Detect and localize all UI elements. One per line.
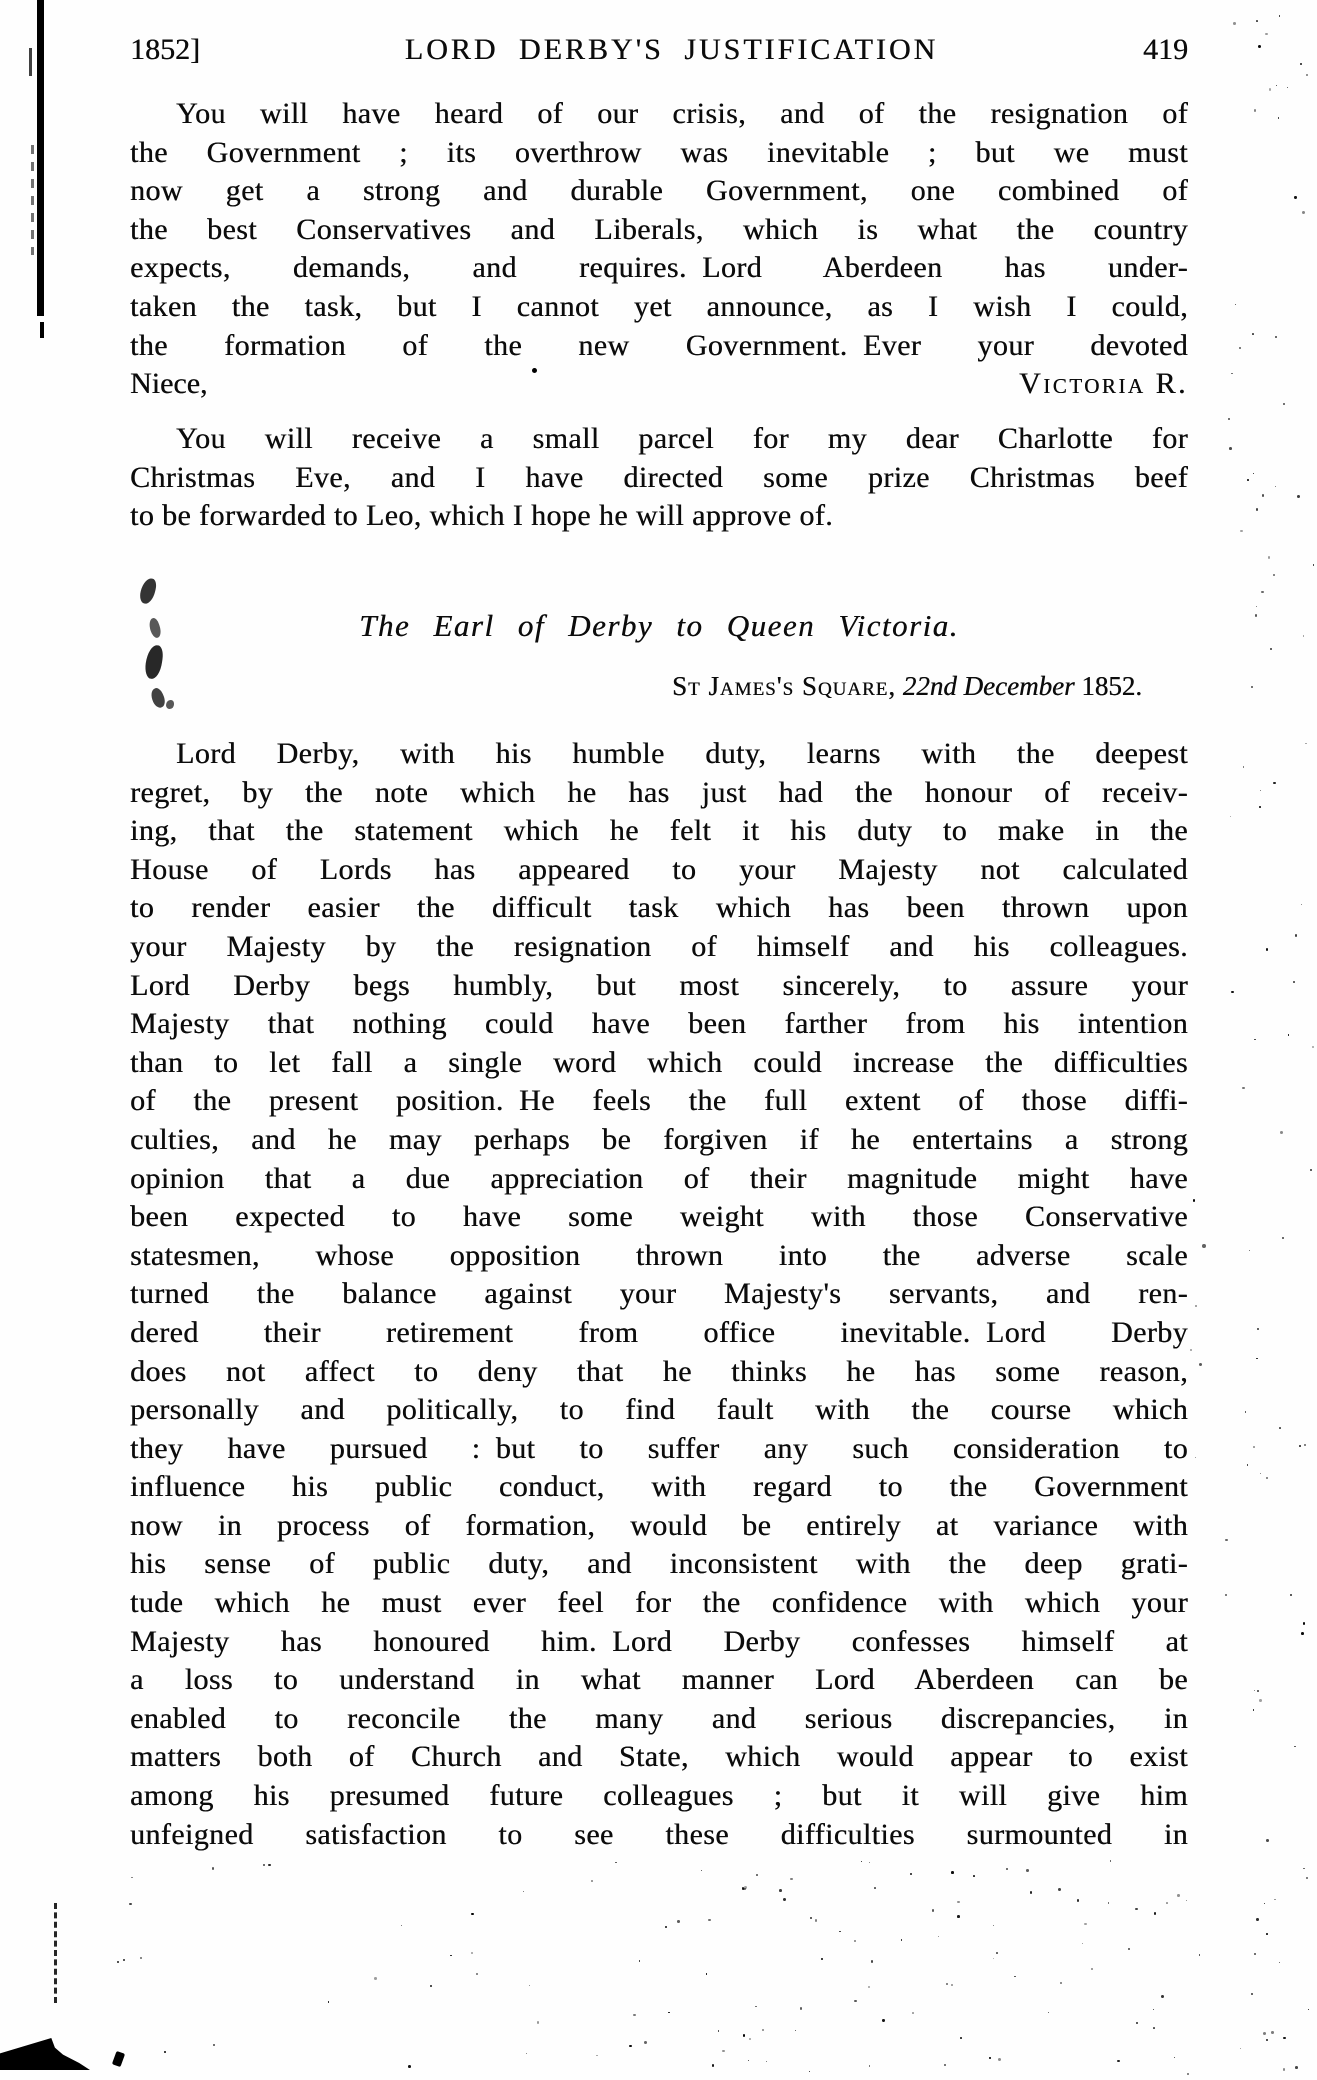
text-line: been expected to have some weight with t… [130, 1198, 1188, 1237]
text-line: the formation of the new Government. Eve… [130, 327, 1188, 366]
scan-noise-dot [1294, 1746, 1296, 1748]
scan-noise-dot [537, 2021, 539, 2023]
scan-noise-dot [123, 1959, 125, 1961]
scan-noise-dot [1263, 2032, 1266, 2035]
scan-noise-dot [374, 1977, 377, 1980]
scan-noise-dot [712, 2064, 714, 2066]
scan-noise-dot [1256, 606, 1257, 607]
scan-noise-dot [1282, 1237, 1284, 1239]
scan-noise-dot [1288, 1034, 1290, 1036]
scan-noise-dot [1048, 2012, 1049, 2013]
text-line: to be forwarded to Leo, which I hope he … [130, 497, 1188, 536]
text-line: Majesty has honoured him. Lord Derby con… [130, 1623, 1188, 1662]
scan-noise-dot [1030, 1891, 1033, 1894]
scan-noise-dot [1253, 1446, 1255, 1448]
scan-noise-dot [1060, 1982, 1062, 1984]
scan-noise-dot [1290, 1594, 1292, 1596]
text-line: ing, that the statement which he felt it… [130, 812, 1188, 851]
scan-noise-dot [1256, 20, 1258, 22]
scan-noise-dot [957, 1901, 960, 1904]
dateline-year: 1852. [1081, 671, 1142, 701]
scan-noise-dot [762, 2029, 763, 2030]
text-line: they have pursued : but to suffer any su… [130, 1430, 1188, 1469]
text-line: culties, and he may perhaps be forgiven … [130, 1121, 1188, 1160]
scan-noise-dot [868, 1986, 870, 1988]
scan-noise-dot [1077, 1899, 1080, 1902]
scan-noise-dot [1254, 109, 1257, 112]
dateline-place: St James's Square, [672, 671, 896, 701]
text-line: taken the task, but I cannot yet announc… [130, 288, 1188, 327]
scan-noise-dot [1235, 304, 1236, 305]
scan-noise-dot [1283, 2037, 1285, 2039]
scan-noise-dot [960, 2037, 962, 2039]
scan-noise-dot [998, 2058, 1001, 2061]
scan-noise-dot [1233, 22, 1236, 25]
queen-letter-paragraph-2: You will receive a small parcel for my d… [130, 420, 1188, 536]
scan-noise-dot [1177, 1894, 1180, 1897]
text-line: than to let fall a single word which cou… [130, 1044, 1188, 1083]
scan-noise-dot [1275, 336, 1277, 338]
scan-noise-dot [1259, 1699, 1262, 1702]
scan-noise-dot [938, 1936, 939, 1937]
scan-noise-dot [1253, 473, 1254, 474]
text-line: matters both of Church and State, which … [130, 1738, 1188, 1777]
scan-noise-dot [1310, 1169, 1312, 1171]
scan-noise-dot [1190, 1349, 1192, 1351]
letter-dateline: St James's Square, 22nd December 1852. [130, 671, 1188, 702]
scan-noise-dot [644, 2041, 647, 2044]
scan-noise-dot [129, 1903, 131, 1905]
scan-noise-dot [1270, 648, 1272, 650]
text-line: his sense of public duty, and inconsiste… [130, 1545, 1188, 1584]
scan-artifact-ink-smudge [138, 577, 158, 606]
scan-noise-dot [1283, 2068, 1286, 2071]
scan-noise-dot [1293, 981, 1295, 983]
scan-noise-dot [944, 2064, 946, 2066]
scan-noise-dot [615, 1862, 616, 1863]
scan-noise-dot [1240, 530, 1242, 532]
text-line: your Majesty by the resignation of himse… [130, 928, 1188, 967]
scan-noise-dot [766, 2061, 767, 2062]
scan-noise-dot [910, 1873, 912, 1875]
text-line: does not affect to deny that he thinks h… [130, 1353, 1188, 1392]
scan-noise-dot [1091, 1968, 1093, 1970]
scan-noise-dot [1275, 486, 1276, 487]
scan-noise-dot [476, 1973, 478, 1975]
text-line: Majesty that nothing could have been far… [130, 1005, 1188, 1044]
text-line: regret, by the note which he has just ha… [130, 774, 1188, 813]
page-number: 419 [1143, 33, 1188, 67]
scan-noise-dot [639, 1960, 641, 1962]
text-line: You will receive a small parcel for my d… [130, 420, 1188, 459]
scan-artifact-left-dashes [31, 145, 34, 255]
scan-noise-dot [430, 1985, 432, 1987]
text-line: enabled to reconcile the many and seriou… [130, 1700, 1188, 1739]
scan-noise-dot [1295, 2066, 1298, 2069]
scan-noise-dot [839, 1931, 841, 1933]
scan-noise-dot [1225, 1594, 1227, 1596]
scan-noise-dot [471, 1952, 473, 1954]
scan-noise-dot [117, 1961, 119, 1963]
text-line: a loss to understand in what manner Lord… [130, 1661, 1188, 1700]
scan-noise-dot [1302, 211, 1305, 214]
scan-noise-dot [1269, 88, 1271, 90]
scan-noise-dot [996, 1952, 998, 1954]
scan-noise-dot [1266, 1477, 1268, 1479]
scan-noise-dot [629, 2045, 631, 2047]
scan-noise-dot [1257, 1690, 1259, 1692]
scan-noise-dot [1299, 1445, 1301, 1447]
scan-noise-dot [1254, 1953, 1256, 1955]
scan-noise-dot [1308, 2009, 1309, 2010]
scan-noise-dot [795, 2030, 796, 2031]
text-line: statesmen, whose opposition thrown into … [130, 1237, 1188, 1276]
scan-noise-dot [1228, 418, 1230, 420]
scan-noise-dot [140, 1957, 141, 1958]
scan-noise-dot [450, 1955, 452, 1957]
text-line: to render easier the difficult task whic… [130, 889, 1188, 928]
scan-noise-dot [901, 1939, 902, 1940]
scan-noise-dot [1199, 1954, 1201, 1956]
scan-noise-dot [1268, 556, 1271, 559]
scan-noise-dot [871, 1960, 874, 1963]
scan-noise-dot [1312, 1046, 1315, 1049]
letter-heading: The Earl of Derby to Queen Victoria. [130, 608, 1188, 644]
scan-noise-dot [1136, 2022, 1138, 2024]
signature-victoria: Victoria R. [1019, 365, 1188, 404]
scan-noise-dot [213, 2044, 215, 2046]
scan-artifact-corner-fold [0, 2038, 90, 2070]
scan-noise-dot [1279, 1962, 1280, 1963]
scan-noise-dot [1110, 1860, 1112, 1862]
scan-noise-dot [1260, 1473, 1261, 1474]
text-line: among his presumed future colleagues ; b… [130, 1777, 1188, 1816]
scan-noise-dot [1304, 1444, 1306, 1446]
scan-noise-dot [815, 1919, 817, 1921]
scan-noise-dot [1271, 2031, 1274, 2034]
scan-noise-dot [722, 2050, 725, 2053]
scan-noise-dot [779, 1889, 782, 1892]
text-line: turned the balance against your Majesty'… [130, 1275, 1188, 1314]
scan-noise-dot [1257, 1328, 1259, 1330]
text-line: now in process of formation, would be en… [130, 1507, 1188, 1546]
scan-noise-dot [1265, 33, 1267, 35]
scan-noise-dot [1014, 1976, 1016, 1978]
scan-artifact-dashed-line [54, 1903, 60, 2003]
scan-noise-dot [1301, 1632, 1304, 1635]
scan-noise-dot [973, 1875, 975, 1877]
scan-noise-dot [1306, 1877, 1308, 1879]
scan-noise-dot [1161, 1995, 1164, 1998]
scan-noise-dot [1295, 934, 1298, 937]
scan-noise-dot [912, 2012, 914, 2014]
scan-noise-dot [1242, 1087, 1245, 1090]
scan-noise-dot [591, 1880, 593, 1882]
scanned-book-page: 1852] LORD DERBY'S JUSTIFICATION 419 You… [0, 0, 1317, 2080]
scan-noise-dot [854, 1940, 856, 1942]
scan-noise-dot [677, 1920, 680, 1923]
scan-noise-dot [1230, 816, 1231, 817]
text-line: now get a strong and durable Government,… [130, 172, 1188, 211]
scan-noise-dot [800, 2007, 802, 2009]
scan-noise-dot [783, 1898, 786, 1901]
scan-noise-dot [596, 2055, 597, 2056]
scan-noise-dot [328, 2001, 329, 2002]
scan-noise-dot [861, 1861, 862, 1862]
scan-noise-dot [1297, 495, 1300, 498]
scan-noise-dot [401, 1925, 402, 1926]
scan-noise-dot [1287, 87, 1288, 88]
scan-noise-dot [1306, 74, 1308, 76]
scan-noise-dot [874, 1887, 876, 1889]
scan-noise-dot [946, 1983, 948, 1985]
scan-noise-dot [1258, 45, 1261, 48]
text-line: tude which he must ever feel for the con… [130, 1584, 1188, 1623]
scan-noise-dot [1199, 1363, 1202, 1366]
scan-noise-dot [1266, 2039, 1268, 2041]
scan-noise-dot [748, 2060, 749, 2061]
scan-noise-dot [529, 1985, 531, 1987]
scan-noise-dot [1231, 991, 1233, 993]
scan-noise-dot [1174, 2057, 1175, 2058]
scan-noise-dot [1193, 1199, 1196, 1202]
scan-noise-dot [1279, 15, 1281, 17]
scan-noise-dot [957, 1915, 960, 1918]
scan-noise-dot [212, 1867, 214, 1869]
scan-noise-dot [1245, 1411, 1246, 1412]
scan-noise-dot [1294, 196, 1296, 198]
scan-noise-dot [1243, 766, 1244, 767]
scan-noise-dot [1247, 479, 1249, 481]
scan-noise-dot [1278, 117, 1279, 118]
scan-noise-dot [932, 1909, 935, 1912]
scan-noise-dot [749, 2038, 751, 2040]
scan-noise-dot [1283, 403, 1285, 405]
scan-noise-dot [1274, 1899, 1276, 1901]
scan-noise-dot [951, 1984, 953, 1986]
text-line: You will have heard of our crisis, and o… [130, 95, 1188, 134]
scan-noise-dot [1239, 347, 1241, 349]
text-line: Lord Derby, with his humble duty, learns… [130, 735, 1188, 774]
scan-noise-dot [1256, 1358, 1258, 1360]
scan-noise-dot [1255, 614, 1257, 616]
text-line: expects, demands, and requires. Lord Abe… [130, 249, 1188, 288]
text-line: the Government ; its overthrow was inevi… [130, 134, 1188, 173]
scan-noise-dot [1266, 1839, 1269, 1842]
scan-noise-dot [718, 2030, 720, 2032]
scan-noise-dot [268, 1864, 270, 1866]
scan-noise-dot [1240, 2048, 1241, 2049]
scan-noise-dot [708, 1919, 711, 1922]
scan-noise-dot [1195, 1457, 1196, 1458]
scan-noise-dot [1266, 948, 1269, 951]
scan-noise-dot [1186, 1900, 1187, 1901]
scan-noise-dot [1280, 1131, 1283, 1134]
scan-noise-dot [854, 2000, 856, 2002]
scan-noise-dot [1058, 1888, 1061, 1891]
scan-noise-dot [523, 1891, 525, 1893]
scan-noise-dot [1303, 1868, 1305, 1870]
scan-noise-dot [821, 1958, 823, 1960]
text-line: the best Conservatives and Liberals, whi… [130, 211, 1188, 250]
scan-noise-dot [993, 1925, 994, 1926]
scan-noise-dot [1153, 2009, 1154, 2010]
scan-noise-dot [1084, 1923, 1087, 1926]
scan-noise-dot [1254, 1690, 1255, 1691]
scan-noise-dot [1313, 564, 1314, 565]
scan-noise-dot [526, 2053, 527, 2054]
scan-noise-dot [809, 2071, 810, 2072]
scan-noise-dot [408, 2065, 411, 2068]
queen-letter-paragraph-1: You will have heard of our crisis, and o… [130, 95, 1188, 365]
derby-letter-body: Lord Derby, with his humble duty, learns… [130, 735, 1188, 1854]
scan-noise-dot [1202, 1244, 1206, 1248]
letter-closing-row: Niece, Victoria R. [130, 365, 1188, 404]
scan-noise-dot [869, 2065, 871, 2067]
scan-noise-dot [993, 1958, 994, 1959]
scan-noise-dot [1153, 2027, 1155, 2029]
scan-noise-dot [668, 2012, 670, 2014]
scan-noise-dot [1264, 1903, 1265, 1904]
scan-artifact-left-edge-dash [40, 322, 44, 338]
scan-noise-dot [743, 2034, 746, 2037]
text-line: personally and politically, to find faul… [130, 1391, 1188, 1430]
scan-noise-dot [1135, 1908, 1137, 1910]
closing-word: Niece, [130, 365, 207, 404]
scan-noise-dot [1262, 494, 1265, 497]
scan-noise-dot [1225, 1539, 1227, 1541]
scan-noise-dot [1247, 1464, 1248, 1465]
scan-noise-dot [633, 2014, 636, 2017]
scan-noise-dot [1026, 1869, 1029, 1872]
scan-noise-dot [131, 1877, 132, 1878]
scan-noise-dot [1259, 806, 1260, 807]
scan-noise-dot [665, 1926, 667, 1928]
text-line: Lord Derby begs humbly, but most sincere… [130, 967, 1188, 1006]
scan-noise-dot [1108, 1902, 1110, 1904]
scan-noise-dot [869, 1862, 870, 1863]
scan-noise-dot [744, 1886, 747, 1889]
scan-artifact-small-mark [112, 2051, 125, 2067]
scan-noise-dot [1082, 1943, 1083, 1944]
scan-noise-dot [1300, 63, 1302, 65]
scan-noise-dot [1279, 1427, 1281, 1429]
scan-noise-dot [755, 2006, 756, 2007]
scan-noise-dot [1273, 782, 1275, 784]
scan-noise-dot [1260, 790, 1261, 791]
text-line: House of Lords has appeared to your Maje… [130, 851, 1188, 890]
scan-noise-dot [1252, 333, 1254, 335]
scan-noise-dot [1195, 1305, 1197, 1307]
scan-noise-dot [1117, 2060, 1119, 2062]
scan-noise-dot [1276, 85, 1277, 86]
scan-noise-dot [1273, 574, 1275, 576]
scan-noise-dot [164, 2051, 166, 2053]
scan-noise-dot [1006, 1868, 1008, 1870]
text-line: unfeigned satisfaction to see these diff… [130, 1816, 1188, 1855]
scan-noise-dot [1305, 743, 1306, 744]
scan-noise-dot [1303, 635, 1304, 636]
text-line: opinion that a due appreciation of their… [130, 1160, 1188, 1199]
scan-noise-dot [1256, 1918, 1259, 1921]
scan-noise-dot [756, 1874, 758, 1876]
scan-noise-dot [263, 1864, 265, 1866]
header-year-marker: 1852] [130, 33, 200, 67]
scan-noise-dot [1128, 1948, 1130, 1950]
scan-noise-dot [1254, 1039, 1256, 1041]
scan-noise-dot [1251, 1993, 1253, 1995]
scan-noise-dot [701, 1870, 702, 1871]
scan-noise-dot [1187, 2073, 1189, 2075]
text-line: influence his public conduct, with regar… [130, 1468, 1188, 1507]
running-title: LORD DERBY'S JUSTIFICATION [405, 33, 938, 67]
scan-noise-dot [989, 2057, 990, 2058]
scan-noise-dot [471, 1913, 474, 1916]
scan-noise-dot [1166, 1902, 1168, 1904]
scan-noise-dot [1249, 1250, 1251, 1252]
running-head: 1852] LORD DERBY'S JUSTIFICATION 419 [130, 33, 1188, 67]
scan-noise-dot [706, 1973, 707, 1974]
scan-artifact-left-tick [29, 48, 32, 76]
scan-artifact-left-edge-line [37, 0, 44, 316]
scan-noise-dot [882, 2019, 884, 2021]
scan-noise-dot [1256, 508, 1258, 510]
scan-noise-dot [790, 1878, 793, 1881]
scan-noise-dot [1301, 904, 1302, 905]
scan-noise-dot [1253, 1709, 1255, 1711]
scan-noise-dot [1154, 1912, 1156, 1914]
text-line: Christmas Eve, and I have directed some … [130, 459, 1188, 498]
scan-noise-dot [810, 1917, 812, 1919]
scan-noise-dot [1229, 447, 1232, 450]
scan-noise-dot [1303, 1622, 1305, 1624]
text-line: of the present position. He feels the fu… [130, 1082, 1188, 1121]
scan-noise-dot [1251, 686, 1253, 688]
scan-noise-dot [1231, 373, 1233, 375]
scan-noise-dot [1261, 591, 1263, 593]
dateline-date: 22nd December [903, 671, 1075, 701]
text-line: dered their retirement from office inevi… [130, 1314, 1188, 1353]
scan-noise-dot [1266, 1933, 1268, 1935]
scan-noise-dot [951, 1871, 954, 1874]
